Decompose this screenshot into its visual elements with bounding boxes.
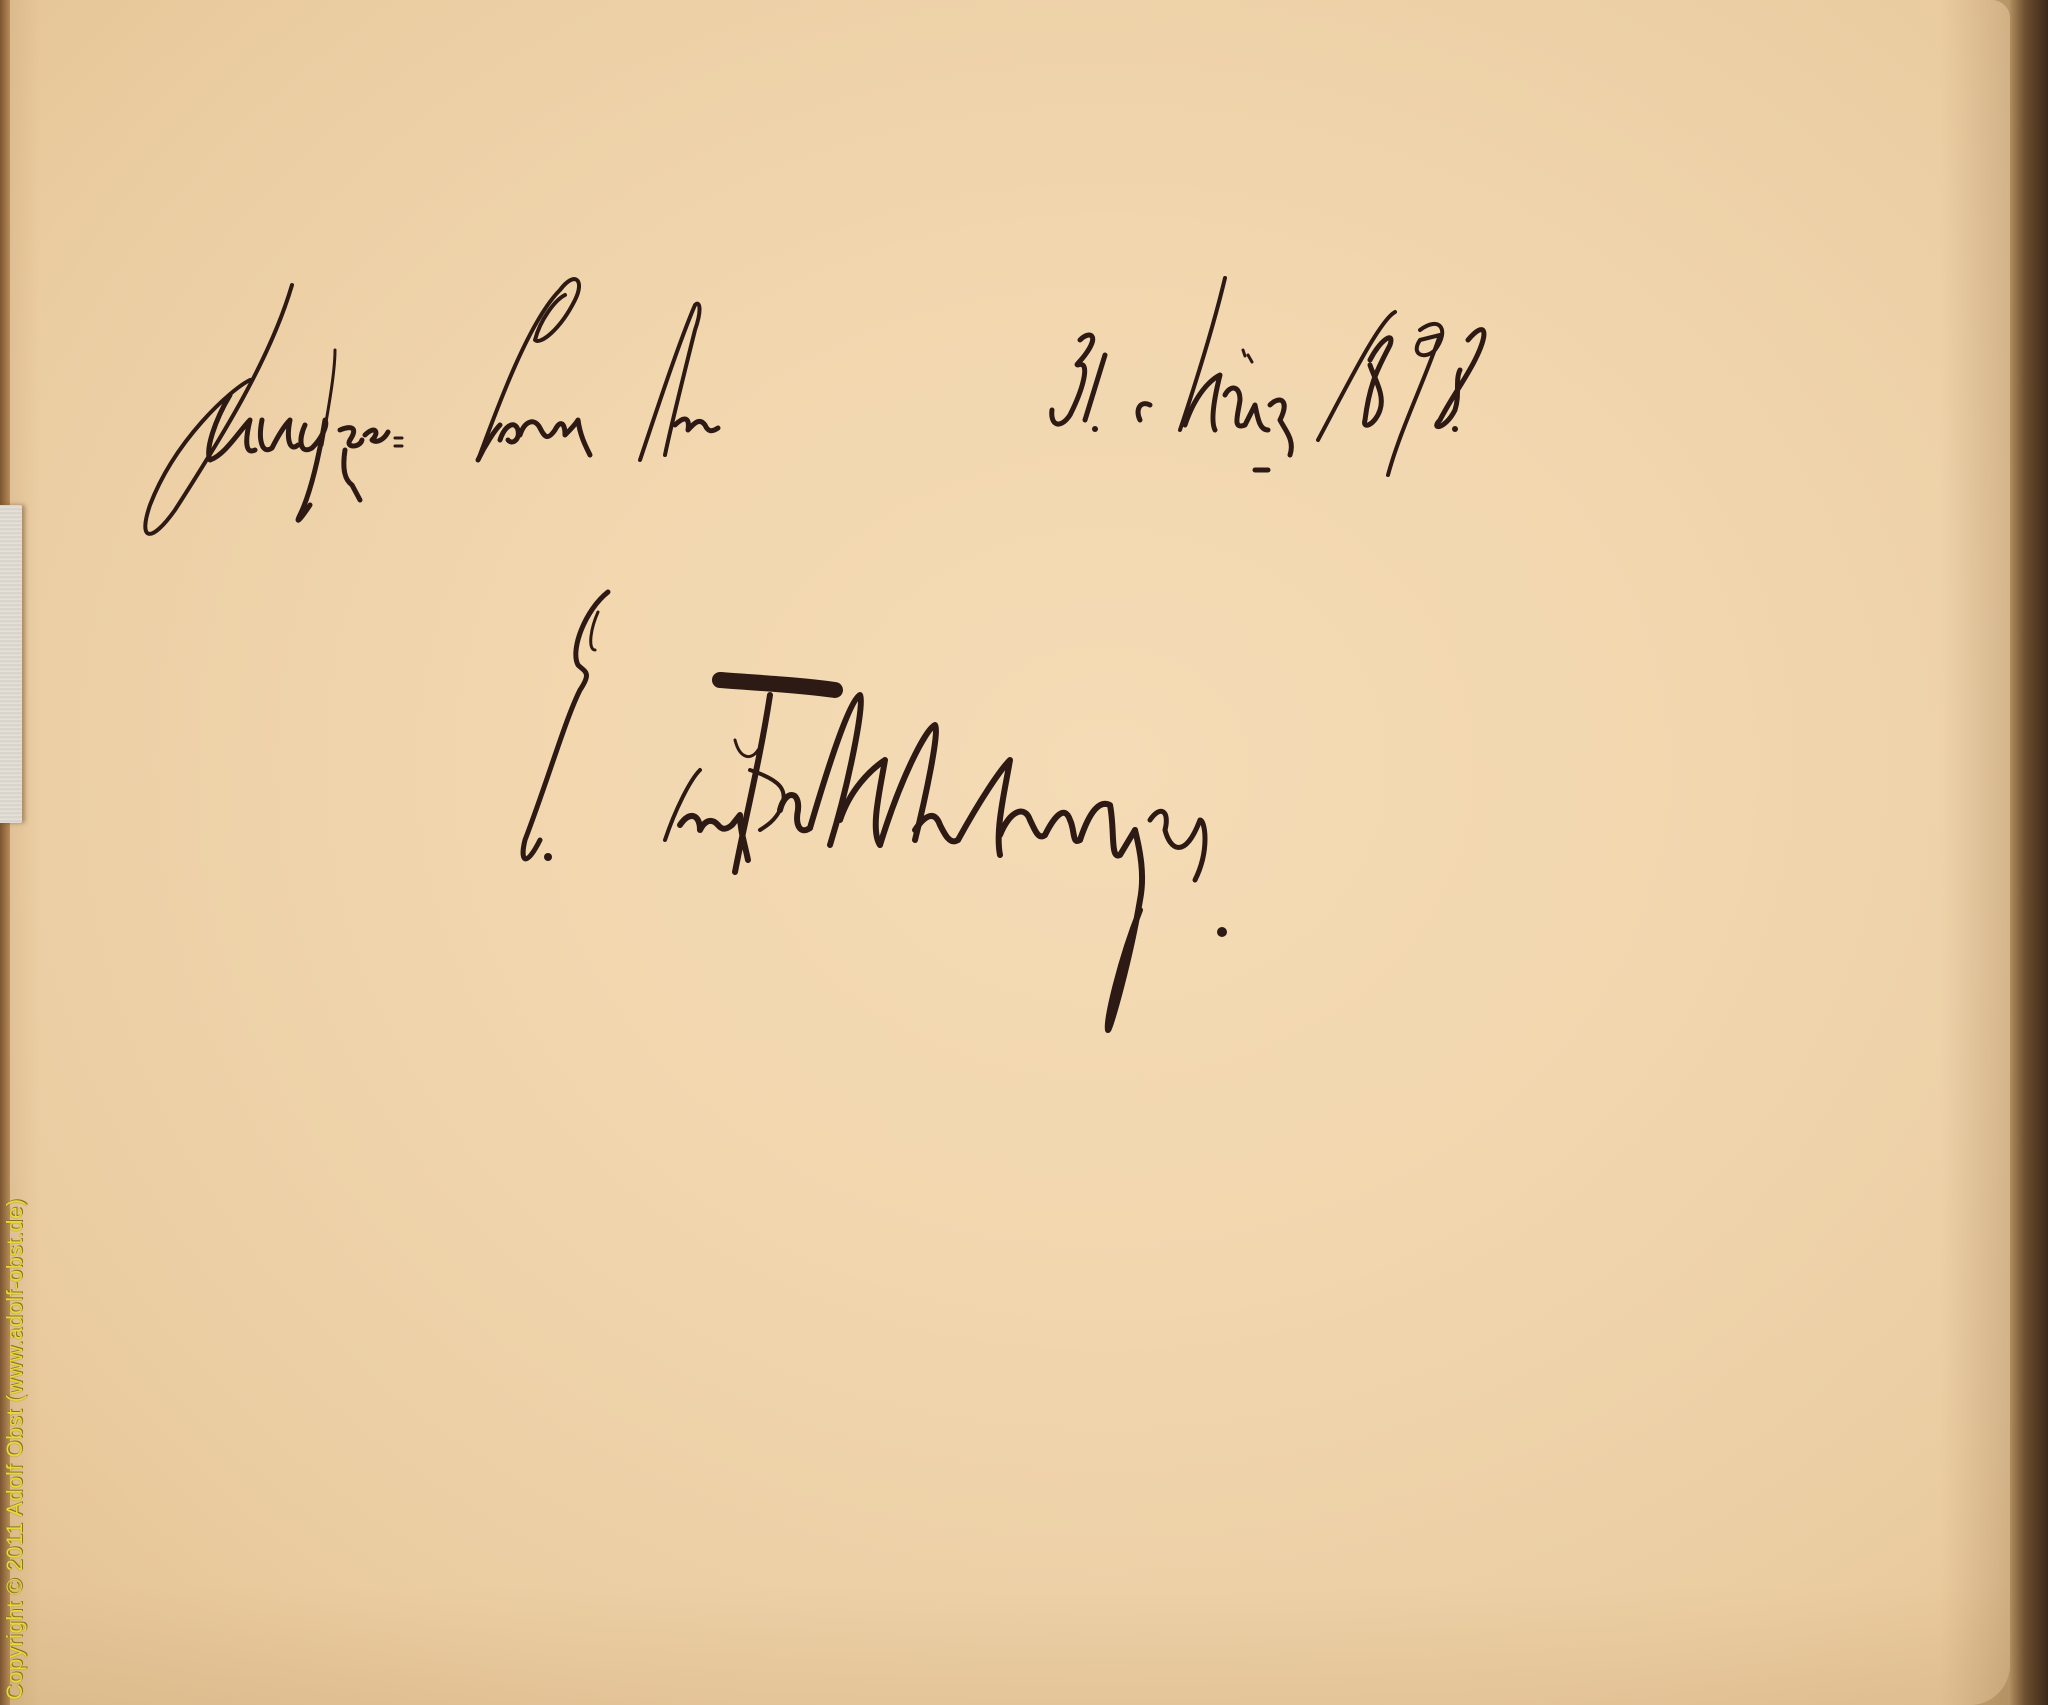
handwriting-line-place-date [145,278,1484,534]
handwriting-line-signature [523,592,1227,1030]
copyright-watermark: Copyright © 2011 Adolf Obst (www.adolf-o… [2,1198,28,1700]
handwritten-inscription [0,0,2048,1705]
